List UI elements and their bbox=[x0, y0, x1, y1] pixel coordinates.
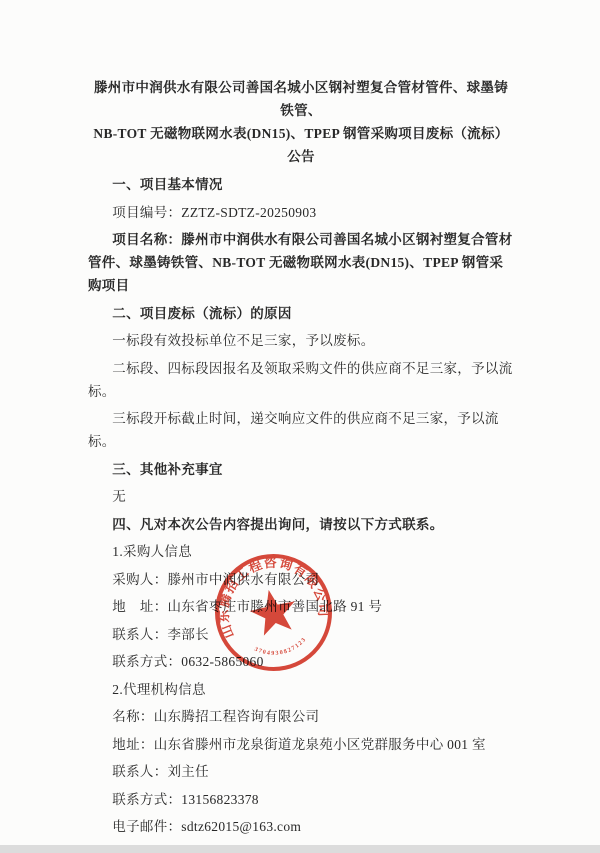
page-bottom-edge bbox=[0, 845, 600, 853]
document-paragraph: 联系方式：0632-5865060 bbox=[88, 650, 514, 673]
document-paragraph: 四、凡对本次公告内容提出询问，请按以下方式联系。 bbox=[88, 513, 514, 536]
document-paragraph: 三标段开标截止时间，递交响应文件的供应商不足三家，予以流标。 bbox=[88, 407, 514, 453]
document-paragraph: 无 bbox=[88, 485, 514, 508]
document-paragraph: 项目编号：ZZTZ-SDTZ-20250903 bbox=[88, 201, 514, 224]
document-title-line-2: NB-TOT 无磁物联网水表(DN15)、TPEP 钢管采购项目废标（流标）公告 bbox=[88, 122, 514, 168]
document-paragraph: 项目名称：滕州市中润供水有限公司善国名城小区钢衬塑复合管材管件、球墨铸铁管、NB… bbox=[88, 228, 514, 297]
document-page: 滕州市中润供水有限公司善国名城小区钢衬塑复合管材管件、球墨铸铁管、 NB-TOT… bbox=[0, 0, 600, 853]
document-title-line-1: 滕州市中润供水有限公司善国名城小区钢衬塑复合管材管件、球墨铸铁管、 bbox=[88, 76, 514, 122]
document-paragraph: 联系人：刘主任 bbox=[88, 760, 514, 783]
document-paragraph: 电子邮件：sdtz62015@163.com bbox=[88, 815, 514, 838]
document-body: 一、项目基本情况项目编号：ZZTZ-SDTZ-20250903项目名称：滕州市中… bbox=[88, 173, 514, 838]
document-paragraph: 采购人：滕州市中润供水有限公司 bbox=[88, 568, 514, 591]
document-paragraph: 名称：山东腾招工程咨询有限公司 bbox=[88, 705, 514, 728]
document-paragraph: 二、项目废标（流标）的原因 bbox=[88, 302, 514, 325]
document-paragraph: 地址：山东省滕州市龙泉街道龙泉苑小区党群服务中心 001 室 bbox=[88, 733, 514, 756]
document-paragraph: 三、其他补充事宜 bbox=[88, 458, 514, 481]
document-paragraph: 联系方式：13156823378 bbox=[88, 788, 514, 811]
document-paragraph: 二标段、四标段因报名及领取采购文件的供应商不足三家，予以流标。 bbox=[88, 357, 514, 403]
document-paragraph: 地 址：山东省枣庄市滕州市善国北路 91 号 bbox=[88, 595, 514, 618]
document-paragraph: 联系人：李部长 bbox=[88, 623, 514, 646]
document-paragraph: 一、项目基本情况 bbox=[88, 173, 514, 196]
document-paragraph: 1.采购人信息 bbox=[88, 540, 514, 563]
document-paragraph: 2.代理机构信息 bbox=[88, 678, 514, 701]
document-paragraph: 一标段有效投标单位不足三家，予以废标。 bbox=[88, 329, 514, 352]
